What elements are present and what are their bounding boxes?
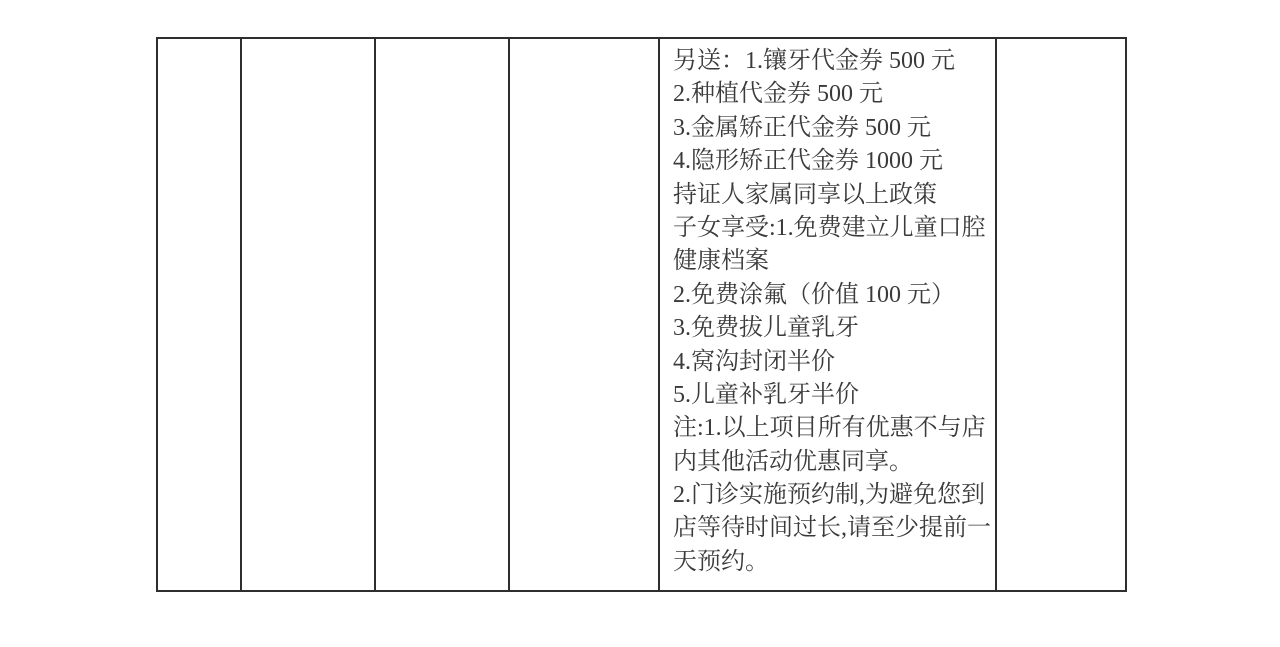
benefit-text-line: 子女享受:1.免费建立儿童口腔: [673, 212, 989, 245]
benefit-text-line: 4.隐形矫正代金券 1000 元: [673, 145, 989, 178]
benefit-text-line: 2.免费涂氟（价值 100 元）: [673, 279, 989, 312]
benefit-text-line: 持证人家属同享以上政策: [673, 179, 989, 212]
benefit-text-line: 5.儿童补乳牙半价: [673, 379, 989, 412]
benefit-text-line: 4.窝沟封闭半价: [673, 346, 989, 379]
table-cell-benefits: 另送：1.镶牙代金券 500 元2.种植代金券 500 元3.金属矫正代金券 5…: [660, 39, 997, 590]
benefit-text-line: 3.免费拔儿童乳牙: [673, 312, 989, 345]
benefit-text-line: 2.门诊实施预约制,为避免您到: [673, 479, 989, 512]
benefit-text-line: 3.金属矫正代金券 500 元: [673, 112, 989, 145]
benefit-text-line: 健康档案: [673, 245, 989, 278]
benefit-text-line: 天预约。: [673, 546, 989, 579]
benefit-text-line: 店等待时间过长,请至少提前一: [673, 512, 989, 545]
benefit-text-line: 内其他活动优惠同享。: [673, 446, 989, 479]
table-cell-empty-1: [158, 39, 242, 590]
table-cell-empty-3: [376, 39, 510, 590]
benefit-text-line: 另送：1.镶牙代金券 500 元: [673, 45, 989, 78]
benefit-text-line: 注:1.以上项目所有优惠不与店: [673, 412, 989, 445]
table-cell-empty-6: [997, 39, 1125, 590]
table-cell-empty-4: [510, 39, 660, 590]
table-cell-empty-2: [242, 39, 376, 590]
document-page: 另送：1.镶牙代金券 500 元2.种植代金券 500 元3.金属矫正代金券 5…: [0, 0, 1280, 647]
benefit-text-line: 2.种植代金券 500 元: [673, 78, 989, 111]
benefits-table: 另送：1.镶牙代金券 500 元2.种植代金券 500 元3.金属矫正代金券 5…: [156, 37, 1127, 592]
